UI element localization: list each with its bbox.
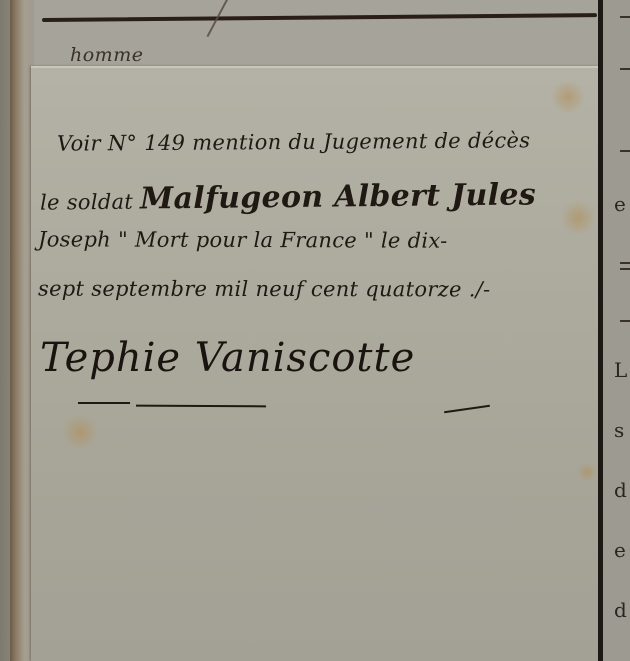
foxing-stain bbox=[60, 415, 100, 449]
margin-letter: d bbox=[614, 598, 627, 622]
foxing-stain bbox=[548, 82, 588, 112]
soldier-surname: Malfugeon bbox=[140, 180, 324, 217]
foxing-stain bbox=[560, 200, 596, 236]
slip-fold bbox=[31, 68, 598, 96]
margin-letter: s bbox=[614, 418, 624, 442]
margin-letter: e bbox=[614, 192, 626, 216]
line-4-text: sept septembre mil neuf cent quatorze ./… bbox=[38, 277, 491, 302]
margin-letter: d bbox=[614, 478, 627, 502]
official-signature: Tephie Vaniscotte bbox=[40, 335, 415, 381]
document-photo: homme e L s d e d Voir N° 149 mention du… bbox=[0, 0, 630, 661]
line-3-text: Joseph " Mort pour la France " le dix- bbox=[38, 227, 448, 252]
signature-underline bbox=[78, 402, 130, 404]
soldier-given-names: Albert Jules bbox=[323, 177, 536, 214]
annotation-line-1: Voir N° 149 mention du Jugement de décès bbox=[57, 128, 530, 155]
margin-letter: L bbox=[614, 358, 627, 382]
line-2-prefix: le soldat bbox=[40, 190, 140, 215]
foxing-stain bbox=[578, 462, 596, 482]
annotation-line-4: sept septembre mil neuf cent quatorze ./… bbox=[38, 277, 491, 302]
margin-dash bbox=[620, 150, 630, 152]
register-partial-word: homme bbox=[70, 44, 143, 66]
margin-dash bbox=[620, 320, 630, 322]
annotation-line-3: Joseph " Mort pour la France " le dix- bbox=[38, 227, 448, 252]
annotation-line-2: le soldat Malfugeon Albert Jules bbox=[40, 177, 536, 217]
margin-dash bbox=[620, 262, 630, 264]
margin-dash bbox=[620, 16, 630, 18]
margin-dash bbox=[620, 68, 630, 70]
margin-dash bbox=[620, 268, 630, 270]
margin-letter: e bbox=[614, 538, 626, 562]
line-1-text: Voir N° 149 mention du Jugement de décès bbox=[57, 128, 530, 155]
